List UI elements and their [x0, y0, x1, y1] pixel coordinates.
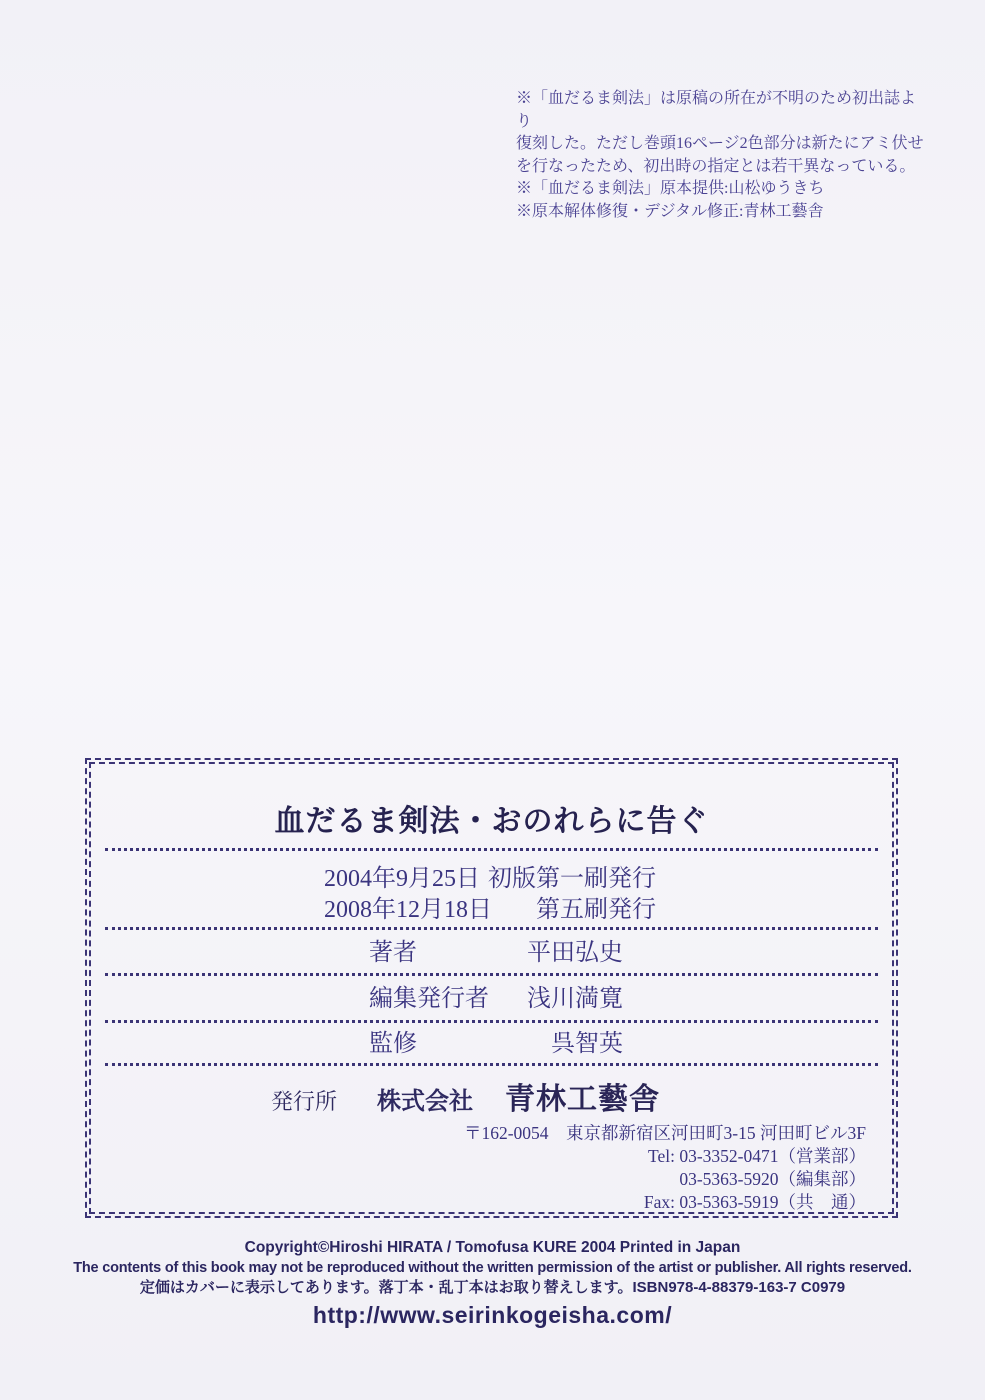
reprint-notes: ※「血だるま剣法」は原稿の所在が不明のため初出誌より 復刻した。ただし巻頭16ペ… — [516, 88, 926, 223]
postal-address: 〒162-0054 東京都新宿区河田町3-15 河田町ビル3F — [464, 1122, 866, 1145]
colophon-page: ※「血だるま剣法」は原稿の所在が不明のため初出誌より 復刻した。ただし巻頭16ペ… — [0, 0, 985, 1400]
note-line: ※「血だるま剣法」は原稿の所在が不明のため初出誌より — [516, 88, 926, 133]
book-title: 血だるま剣法・おのれらに告ぐ — [91, 796, 892, 840]
note-line: ※原本解体修復・デジタル修正:青林工藝舎 — [516, 201, 926, 224]
tel-editorial: 03-5363-5920（編集部） — [464, 1168, 866, 1191]
copyright-line: Copyright©Hiroshi HIRATA / Tomofusa KURE… — [0, 1238, 985, 1258]
editor-row: 編集発行者 浅川満寛 — [369, 982, 623, 1016]
edition-dates: 2004年9月25日 初版第一刷発行 2008年12月18日 第五刷発行 — [324, 864, 656, 926]
edition-label: 第五刷発行 — [536, 895, 656, 926]
publisher-name: 青林工藝舎 — [505, 1074, 660, 1118]
note-line: を行なったため、初出時の指定とは若干異なっている。 — [516, 156, 926, 179]
role-label: 監修 — [369, 1027, 417, 1061]
edition-date: 2004年9月25日 — [324, 864, 480, 895]
dotted-divider — [105, 1020, 878, 1023]
author-row: 著者 平田弘史 — [369, 936, 623, 970]
publisher-label: 発行所 — [271, 1085, 337, 1116]
publisher-url: http://www.seirinkogeisha.com/ — [0, 1300, 985, 1330]
edition-label: 初版第一刷発行 — [488, 864, 656, 895]
note-line: 復刻した。ただし巻頭16ページ2色部分は新たにアミ伏せ — [516, 133, 926, 156]
edition-row: 2004年9月25日 初版第一刷発行 — [324, 864, 656, 895]
edition-row: 2008年12月18日 第五刷発行 — [324, 895, 656, 926]
role-label: 編集発行者 — [369, 982, 489, 1016]
publisher-address: 〒162-0054 東京都新宿区河田町3-15 河田町ビル3F Tel: 03-… — [464, 1122, 866, 1214]
publisher-row: 発行所 株式会社 青林工藝舎 — [271, 1074, 660, 1118]
tel-sales: Tel: 03-3352-0471（営業部） — [464, 1145, 866, 1168]
publisher-corp-type: 株式会社 — [377, 1081, 473, 1116]
dotted-divider — [105, 973, 878, 976]
dotted-divider — [105, 848, 878, 851]
footer: Copyright©Hiroshi HIRATA / Tomofusa KURE… — [0, 1238, 985, 1330]
colophon-box-content: 血だるま剣法・おのれらに告ぐ 2004年9月25日 初版第一刷発行 2008年1… — [91, 764, 892, 1212]
person-name: 浅川満寛 — [527, 982, 623, 1016]
role-label: 著者 — [369, 936, 417, 970]
edition-date: 2008年12月18日 — [324, 895, 492, 926]
price-isbn-line: 定価はカバーに表示してあります。落丁本・乱丁本はお取り替えします。ISBN978… — [0, 1278, 985, 1298]
dotted-divider — [105, 1063, 878, 1066]
person-name: 平田弘史 — [527, 936, 623, 970]
person-name: 呉智英 — [551, 1027, 623, 1061]
fax-number: Fax: 03-5363-5919（共 通） — [464, 1191, 866, 1214]
colophon-box: 血だるま剣法・おのれらに告ぐ 2004年9月25日 初版第一刷発行 2008年1… — [85, 758, 898, 1218]
note-line: ※「血だるま剣法」原本提供:山松ゆうきち — [516, 178, 926, 201]
rights-line: The contents of this book may not be rep… — [0, 1258, 985, 1278]
dotted-divider — [105, 927, 878, 930]
supervisor-row: 監修 呉智英 — [369, 1027, 623, 1061]
colophon-box-inner-border: 血だるま剣法・おのれらに告ぐ 2004年9月25日 初版第一刷発行 2008年1… — [89, 762, 894, 1214]
